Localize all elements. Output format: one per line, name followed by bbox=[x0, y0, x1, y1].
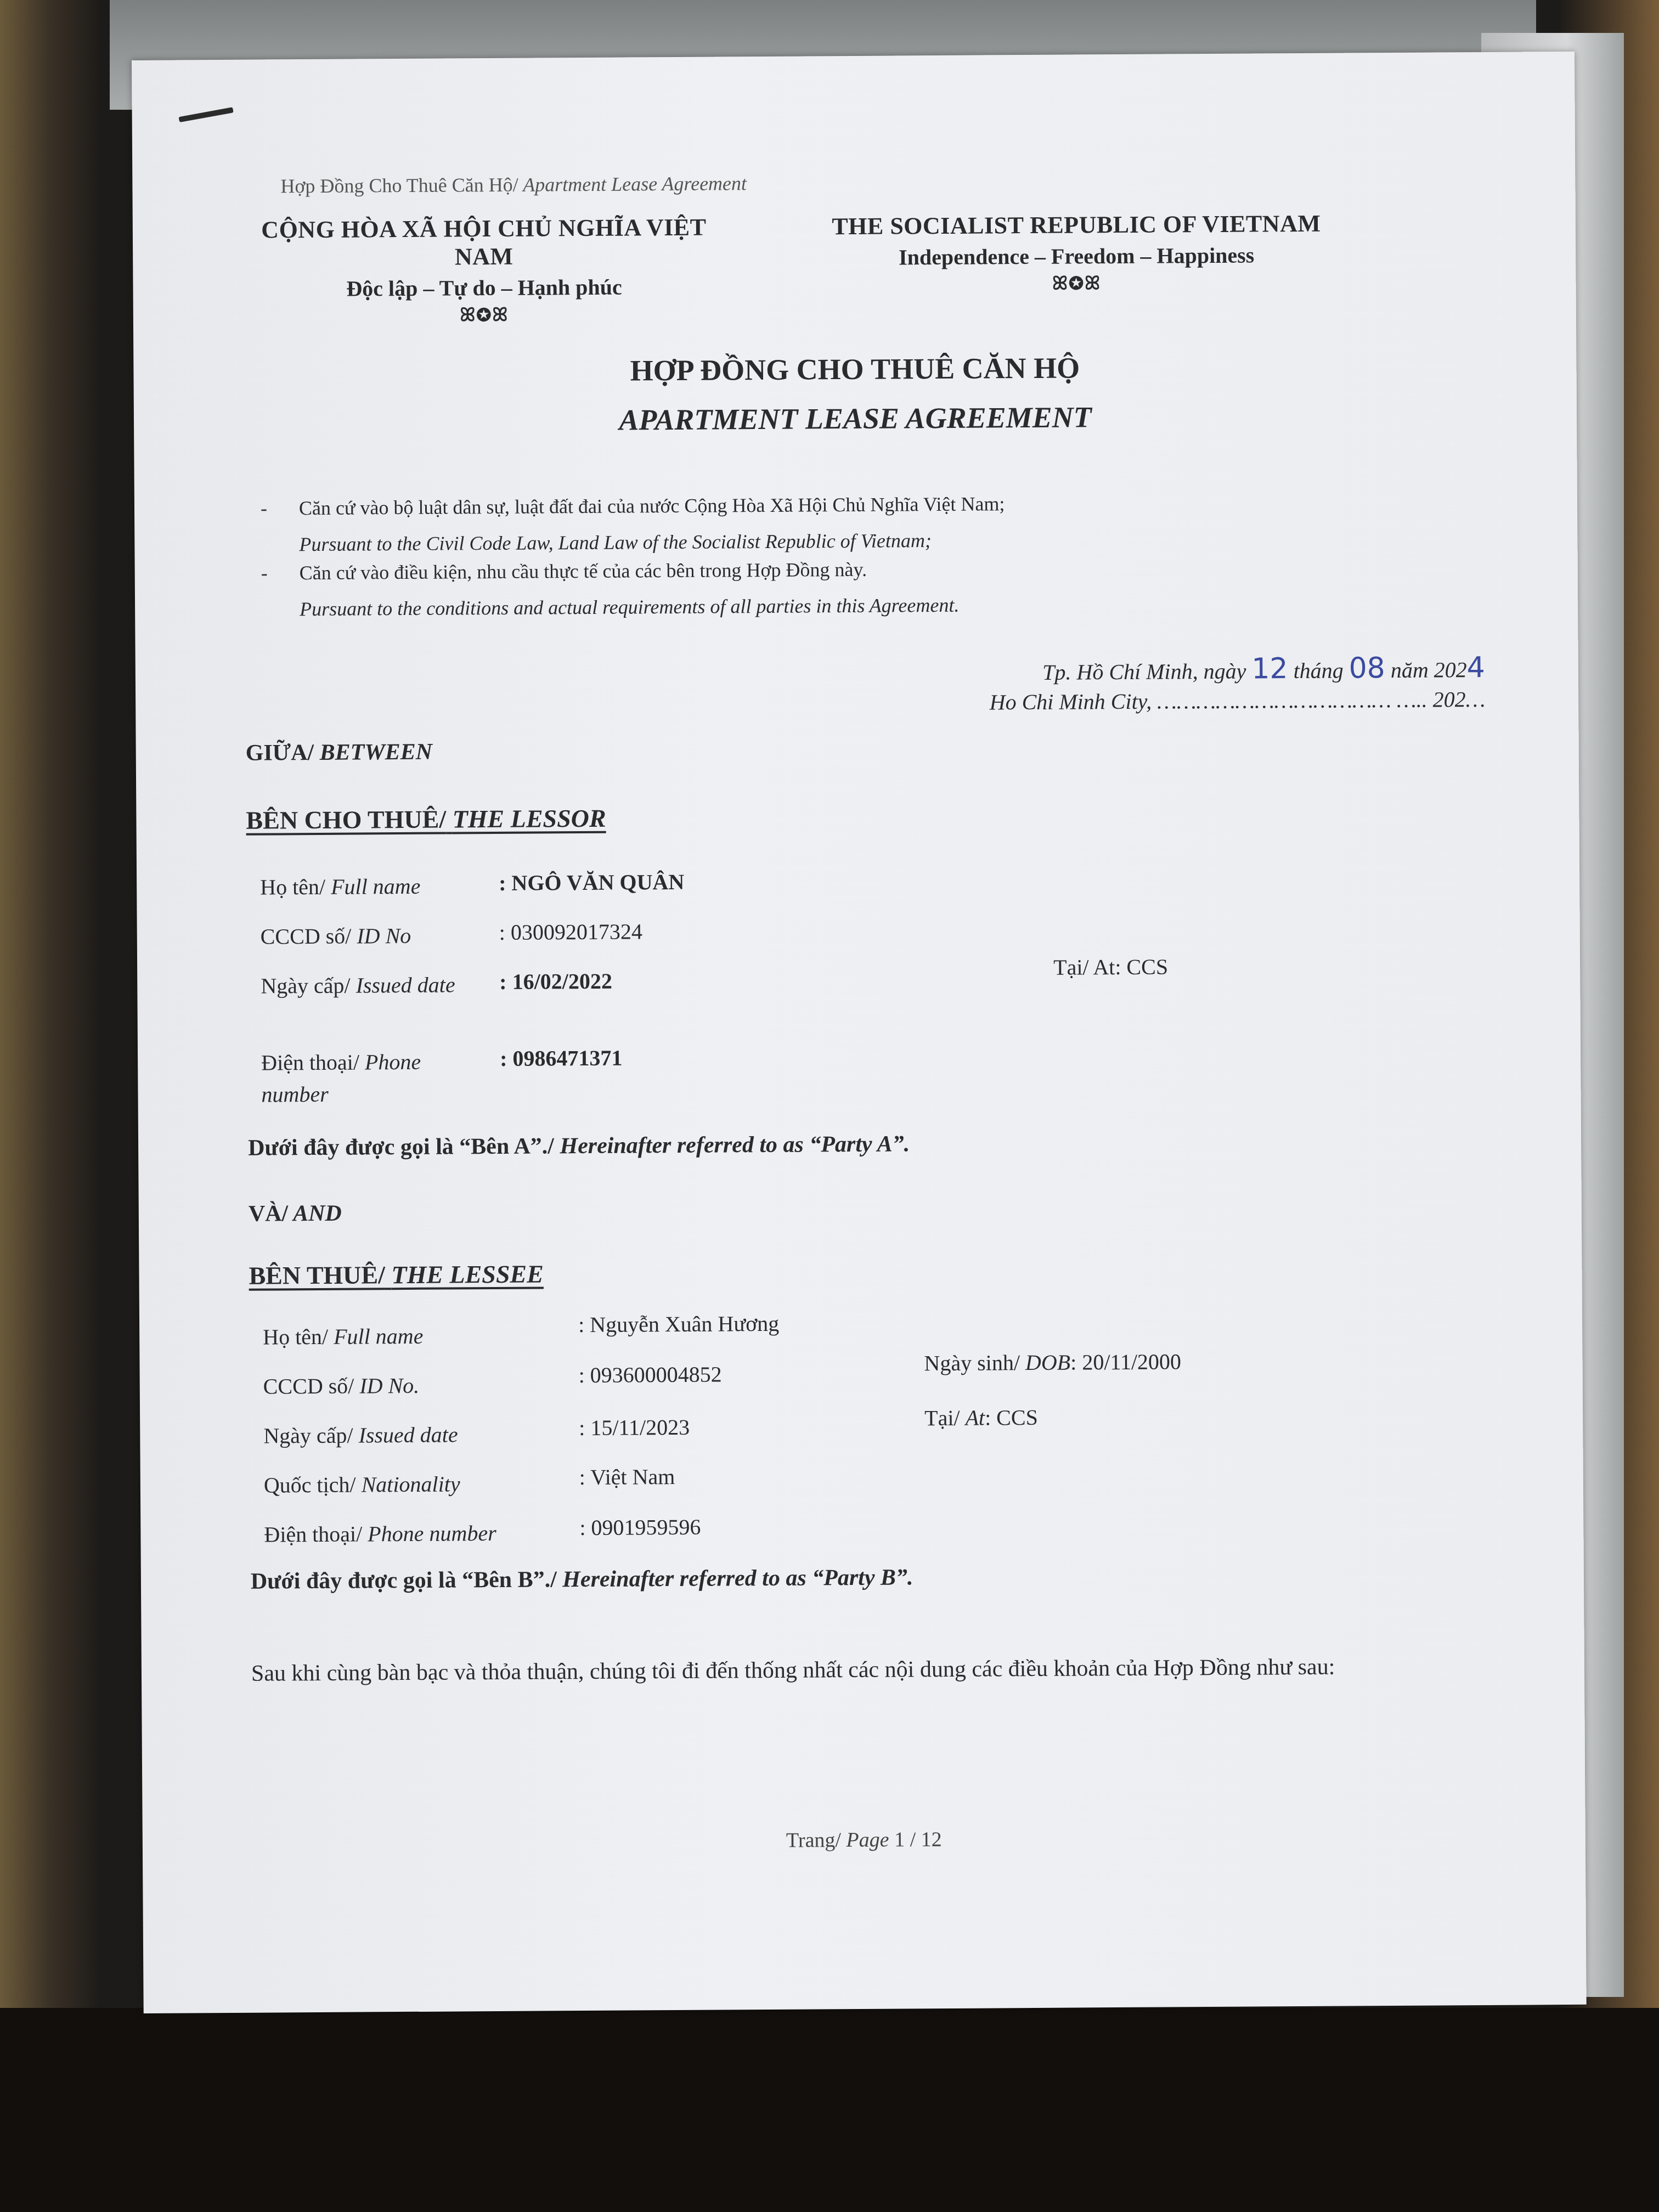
between-en: BETWEEN bbox=[314, 740, 432, 765]
lessor-issued-row: Ngày cấp/ Issued date : 16/02/2022 Tại/ … bbox=[137, 962, 1580, 971]
background-bottom bbox=[0, 2008, 1659, 2212]
year-label: năm 202 bbox=[1385, 657, 1467, 682]
dateline-vi: Tp. Hồ Chí Minh, ngày 12 tháng 08 năm 20… bbox=[827, 650, 1485, 690]
lessor-full-name: : NGÔ VĂN QUÂN bbox=[499, 869, 684, 896]
field-label: Điện thoại/ Phone number bbox=[261, 1046, 470, 1110]
label-vi: Ngày cấp/ bbox=[261, 973, 356, 998]
footer-vi: Trang/ bbox=[786, 1829, 847, 1852]
dateline-en: Ho Chi Minh City, ……………………………… ….. 202… bbox=[827, 686, 1485, 717]
and-label: VÀ/ AND bbox=[249, 1200, 342, 1227]
at-value: : CCS bbox=[985, 1405, 1038, 1430]
label-en: Issued date bbox=[358, 1422, 458, 1447]
lessor-phone: : 0986471371 bbox=[500, 1045, 623, 1071]
label-vi: CCCD số/ bbox=[263, 1374, 360, 1399]
lessor-id-number: : 030092017324 bbox=[499, 918, 642, 945]
page-number: 1 / 12 bbox=[889, 1828, 941, 1852]
between-vi: GIỮA/ bbox=[246, 740, 314, 766]
running-header-vi: Hợp Đồng Cho Thuê Căn Hộ/ bbox=[280, 174, 518, 198]
ornament-icon: ꕤ✪ꕤ bbox=[238, 303, 731, 327]
lessor-heading-en: THE LESSOR bbox=[452, 804, 606, 833]
handwritten-year: 4 bbox=[1467, 651, 1485, 684]
field-label: Ngày cấp/ Issued date bbox=[263, 1418, 592, 1452]
field-label: Quốc tịch/ Nationality bbox=[264, 1468, 593, 1502]
and-vi: VÀ/ bbox=[249, 1201, 289, 1226]
lessee-dob: Ngày sinh/ DOB: 20/11/2000 bbox=[924, 1348, 1181, 1376]
lessor-id-row: CCCD số/ ID No : 030092017324 bbox=[137, 913, 1580, 922]
page-footer: Trang/ Page 1 / 12 bbox=[143, 1824, 1585, 1857]
lessor-issued-at: Tại/ At: CCS bbox=[1053, 953, 1168, 980]
document-title-vi: HỢP ĐỒNG CHO THUÊ CĂN HỘ bbox=[133, 348, 1576, 391]
at-label-en: At bbox=[965, 1406, 985, 1430]
legal-basis-vi: Căn cứ vào bộ luật dân sự, luật đất đai … bbox=[299, 492, 1341, 518]
lessor-heading: BÊN CHO THUÊ/ THE LESSOR bbox=[246, 804, 606, 835]
label-en: ID No. bbox=[359, 1373, 419, 1398]
party-a-definition: Dưới đây được gọi là “Bên A”./ Hereinaft… bbox=[248, 1131, 910, 1161]
national-header-vi: CỘNG HÒA XÃ HỘI CHỦ NGHĨA VIỆT NAM Độc l… bbox=[237, 213, 731, 327]
label-en: Full name bbox=[331, 874, 421, 899]
bullet-icon: - bbox=[261, 499, 267, 518]
closing-paragraph: Sau khi cùng bàn bạc và thỏa thuận, chún… bbox=[251, 1649, 1425, 1692]
label-vi: CCCD số/ bbox=[261, 924, 357, 949]
label-en: Full name bbox=[334, 1324, 424, 1349]
field-label: CCCD số/ ID No bbox=[261, 919, 486, 953]
label-en: Nationality bbox=[361, 1471, 460, 1497]
lessee-full-name: : Nguyễn Xuân Hương bbox=[578, 1311, 779, 1338]
legal-basis-vi: Căn cứ vào điều kiện, nhu cầu thực tế củ… bbox=[300, 557, 1342, 583]
field-label: Họ tên/ Full name bbox=[260, 870, 485, 904]
running-header: Hợp Đồng Cho Thuê Căn Hộ/ Apartment Leas… bbox=[280, 172, 747, 198]
dob-label-en: DOB bbox=[1025, 1350, 1070, 1375]
footer-en: Page bbox=[846, 1829, 889, 1852]
label-vi: Điện thoại/ bbox=[261, 1049, 365, 1075]
referred-en: Hereinafter referred to as “Party A”. bbox=[554, 1131, 910, 1159]
lessee-phone: : 0901959596 bbox=[579, 1514, 701, 1541]
at-label-vi: Tại/ bbox=[924, 1406, 966, 1430]
lessee-issued-row: Ngày cấp/ Issued date : 15/11/2023 Tại/ … bbox=[140, 1412, 1583, 1421]
referred-vi: Dưới đây được gọi là “Bên A”./ bbox=[248, 1133, 554, 1160]
party-b-definition: Dưới đây được gọi là “Bên B”./ Hereinaft… bbox=[251, 1564, 913, 1594]
national-motto-vi: Độc lập – Tự do – Hạnh phúc bbox=[237, 273, 731, 302]
lessee-heading-vi: BÊN THUÊ/ bbox=[249, 1261, 385, 1290]
field-label: CCCD số/ ID No. bbox=[263, 1369, 592, 1403]
month-label: tháng bbox=[1288, 658, 1348, 683]
field-label: Họ tên/ Full name bbox=[263, 1319, 592, 1353]
label-vi: Họ tên/ bbox=[260, 874, 331, 900]
document-page: Hợp Đồng Cho Thuê Căn Hộ/ Apartment Leas… bbox=[132, 52, 1587, 2013]
legal-basis-item: - Căn cứ vào bộ luật dân sự, luật đất đa… bbox=[299, 492, 1342, 555]
label-vi: Họ tên/ bbox=[263, 1324, 334, 1350]
and-en: AND bbox=[288, 1201, 342, 1227]
lessee-issued-date: : 15/11/2023 bbox=[579, 1414, 690, 1441]
between-label: GIỮA/ BETWEEN bbox=[246, 739, 433, 766]
lessee-heading-en: THE LESSEE bbox=[391, 1260, 544, 1289]
lessee-full-name-row: Họ tên/ Full name : Nguyễn Xuân Hương bbox=[139, 1313, 1582, 1322]
label-vi: Ngày cấp/ bbox=[263, 1423, 359, 1448]
national-header-en: THE SOCIALIST REPUBLIC OF VIETNAM Indepe… bbox=[808, 209, 1346, 296]
lessee-heading: BÊN THUÊ/ THE LESSEE bbox=[249, 1259, 544, 1290]
dateline-prefix: Tp. Hồ Chí Minh, ngày bbox=[1042, 659, 1251, 685]
lessee-id-number: : 093600004852 bbox=[579, 1361, 722, 1388]
field-label: Điện thoại/ Phone number bbox=[264, 1517, 593, 1551]
dob-label-vi: Ngày sinh/ bbox=[924, 1350, 1025, 1375]
legal-basis-en: Pursuant to the conditions and actual re… bbox=[300, 593, 1342, 619]
label-en: Phone number bbox=[368, 1521, 496, 1546]
label-en: Issued date bbox=[356, 972, 455, 997]
label-en: ID No bbox=[357, 923, 411, 949]
lessor-phone-row: Điện thoại/ Phone number : 0986471371 bbox=[138, 1039, 1581, 1048]
national-title-en: THE SOCIALIST REPUBLIC OF VIETNAM bbox=[808, 209, 1345, 240]
national-motto-en: Independence – Freedom – Happiness bbox=[808, 241, 1345, 270]
field-label: Ngày cấp/ Issued date bbox=[261, 969, 469, 1002]
referred-vi: Dưới đây được gọi là “Bên B”./ bbox=[251, 1567, 557, 1594]
legal-basis-item: - Căn cứ vào điều kiện, nhu cầu thực tế … bbox=[300, 557, 1342, 619]
bullet-icon: - bbox=[261, 563, 268, 583]
label-vi: Điện thoại/ bbox=[264, 1521, 368, 1547]
dateline: Tp. Hồ Chí Minh, ngày 12 tháng 08 năm 20… bbox=[827, 650, 1486, 717]
staple-mark bbox=[179, 107, 234, 122]
lessor-heading-vi: BÊN CHO THUÊ/ bbox=[246, 805, 446, 834]
legal-basis-en: Pursuant to the Civil Code Law, Land Law… bbox=[299, 528, 1341, 555]
document-title-en: APARTMENT LEASE AGREEMENT bbox=[134, 397, 1577, 440]
lessee-nationality: : Việt Nam bbox=[579, 1464, 675, 1490]
lessee-nationality-row: Quốc tịch/ Nationality : Việt Nam bbox=[140, 1462, 1583, 1470]
dob-value: : 20/11/2000 bbox=[1070, 1349, 1181, 1374]
handwritten-day: 12 bbox=[1251, 652, 1288, 685]
lessor-issued-date: : 16/02/2022 bbox=[499, 968, 612, 995]
handwritten-month: 08 bbox=[1348, 652, 1385, 685]
legal-basis-list: - Căn cứ vào bộ luật dân sự, luật đất đa… bbox=[299, 492, 1342, 628]
lessor-full-name-row: Họ tên/ Full name : NGÔ VĂN QUÂN bbox=[137, 864, 1579, 872]
label-vi: Quốc tịch/ bbox=[264, 1472, 362, 1497]
lessee-phone-row: Điện thoại/ Phone number : 0901959596 bbox=[140, 1511, 1583, 1520]
lessee-issued-at: Tại/ At: CCS bbox=[924, 1404, 1038, 1431]
ornament-icon: ꕤ✪ꕤ bbox=[808, 272, 1345, 296]
referred-en: Hereinafter referred to as “Party B”. bbox=[557, 1565, 913, 1592]
running-header-en: Apartment Lease Agreement bbox=[518, 172, 747, 196]
lessee-id-row: CCCD số/ ID No. : 093600004852 Ngày sinh… bbox=[140, 1363, 1583, 1372]
national-title-vi: CỘNG HÒA XÃ HỘI CHỦ NGHĨA VIỆT NAM bbox=[237, 213, 731, 272]
